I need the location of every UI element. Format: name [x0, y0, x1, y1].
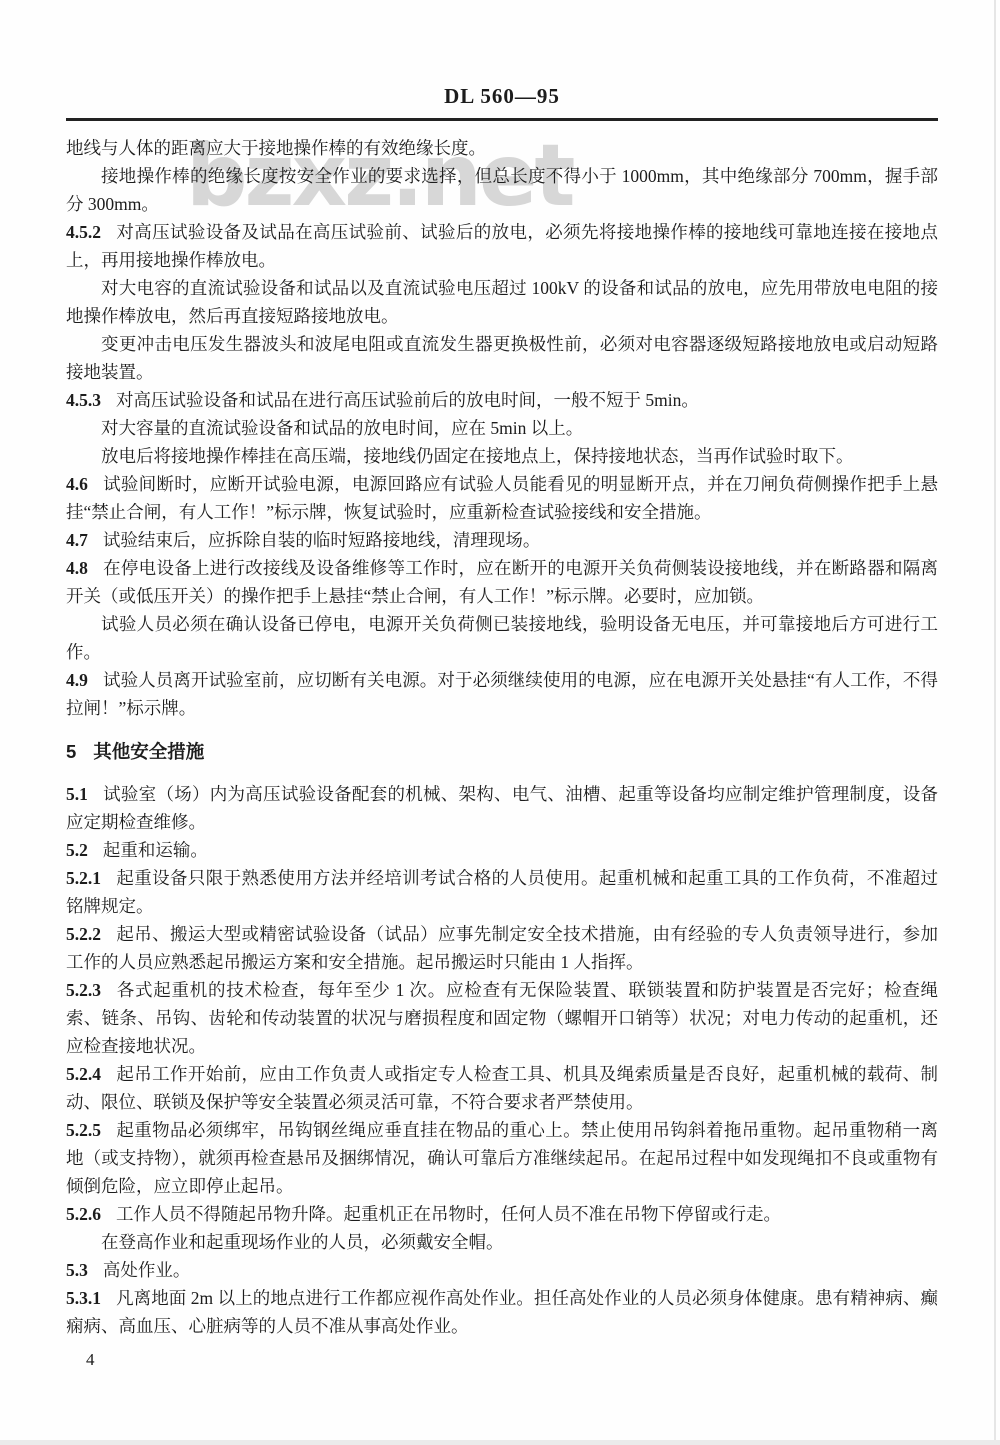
body-paragraph: 在登高作业和起重现场作业的人员，必须戴安全帽。 [66, 1228, 938, 1256]
clause-number: 5.2.1 [66, 868, 101, 888]
body-paragraph: 地线与人体的距离应大于接地操作棒的有效绝缘长度。 [66, 134, 938, 162]
page-content: DL 560—95 地线与人体的距离应大于接地操作棒的有效绝缘长度。接地操作棒的… [0, 0, 1000, 1370]
clause-paragraph: 4.6试验间断时，应断开试验电源，电源回路应有试验人员能看见的明显断开点，并在刀… [66, 470, 938, 526]
paragraph-text: 试验间断时，应断开试验电源，电源回路应有试验人员能看见的明显断开点，并在刀闸负荷… [66, 474, 938, 522]
clause-paragraph: 4.8在停电设备上进行改接线及设备维修等工作时，应在断开的电源开关负荷侧装设接地… [66, 554, 938, 610]
paragraph-text: 变更冲击电压发生器波头和波尾电阻或直流发生器更换极性前，必须对电容器逐级短路接地… [66, 334, 938, 382]
scan-edge-bottom [0, 1440, 1000, 1445]
paragraph-text: 工作人员不得随起吊物升降。起重机正在吊物时，任何人员不准在吊物下停留或行走。 [116, 1204, 781, 1224]
clause-paragraph: 5.1试验室（场）内为高压试验设备配套的机械、架构、电气、油槽、起重等设备均应制… [66, 780, 938, 836]
clause-number: 5.2 [66, 840, 88, 860]
clause-paragraph: 5.3.1凡离地面 2m 以上的地点进行工作都应视作高处作业。担任高处作业的人员… [66, 1284, 938, 1340]
paragraph-text: 试验室（场）内为高压试验设备配套的机械、架构、电气、油槽、起重等设备均应制定维护… [66, 784, 938, 832]
body-paragraph: 试验人员必须在确认设备已停电，电源开关负荷侧已装接地线，验明设备无电压，并可靠接… [66, 610, 938, 666]
clause-number: 5.2.3 [66, 980, 101, 1000]
clause-paragraph: 5.2起重和运输。 [66, 836, 938, 864]
clause-paragraph: 4.5.3对高压试验设备和试品在进行高压试验前后的放电时间，一般不短于 5min… [66, 386, 938, 414]
clause-number: 5.2.6 [66, 1204, 101, 1224]
clause-paragraph: 5.2.3各式起重机的技术检查，每年至少 1 次。应检查有无保险装置、联锁装置和… [66, 976, 938, 1060]
clause-paragraph: 4.7试验结束后，应拆除自装的临时短路接地线，清理现场。 [66, 526, 938, 554]
clause-paragraph: 5.3高处作业。 [66, 1256, 938, 1284]
clause-number: 4.7 [66, 530, 88, 550]
paragraph-text: 起重设备只限于熟悉使用方法并经培训考试合格的人员使用。起重机械和起重工具的工作负… [66, 868, 938, 916]
clause-number: 5 [66, 741, 76, 762]
paragraph-text: 在登高作业和起重现场作业的人员，必须戴安全帽。 [101, 1232, 504, 1252]
clause-number: 5.2.5 [66, 1120, 101, 1140]
paragraph-text: 对大容量的直流试验设备和试品的放电时间，应在 5min 以上。 [101, 418, 583, 438]
body-paragraph: 放电后将接地操作棒挂在高压端，接地线仍固定在接地点上，保持接地状态，当再作试验时… [66, 442, 938, 470]
clause-paragraph: 4.9试验人员离开试验室前，应切断有关电源。对于必须继续使用的电源，应在电源开关… [66, 666, 938, 722]
clause-number: 5.3 [66, 1260, 88, 1280]
clause-number: 5.3.1 [66, 1288, 101, 1308]
document-body: 地线与人体的距离应大于接地操作棒的有效绝缘长度。接地操作棒的绝缘长度按安全作业的… [66, 134, 938, 1340]
clause-paragraph: 4.5.2对高压试验设备及试品在高压试验前、试验后的放电，必须先将接地操作棒的接… [66, 218, 938, 274]
paragraph-text: 高处作业。 [103, 1260, 191, 1280]
scan-edge-right [994, 0, 996, 1445]
clause-paragraph: 5.2.6工作人员不得随起吊物升降。起重机正在吊物时，任何人员不准在吊物下停留或… [66, 1200, 938, 1228]
clause-number: 4.8 [66, 558, 88, 578]
paragraph-text: 试验人员离开试验室前，应切断有关电源。对于必须继续使用的电源，应在电源开关处悬挂… [66, 670, 938, 718]
body-paragraph: 变更冲击电压发生器波头和波尾电阻或直流发生器更换极性前，必须对电容器逐级短路接地… [66, 330, 938, 386]
clause-paragraph: 5.2.5起重物品必须绑牢，吊钩钢丝绳应垂直挂在物品的重心上。禁止使用吊钩斜着拖… [66, 1116, 938, 1200]
clause-paragraph: 5.2.1起重设备只限于熟悉使用方法并经培训考试合格的人员使用。起重机械和起重工… [66, 864, 938, 920]
page-number: 4 [66, 1350, 938, 1370]
clause-paragraph: 5.2.2起吊、搬运大型或精密试验设备（试品）应事先制定安全技术措施，由有经验的… [66, 920, 938, 976]
paragraph-text: 试验人员必须在确认设备已停电，电源开关负荷侧已装接地线，验明设备无电压，并可靠接… [66, 614, 938, 662]
clause-number: 4.9 [66, 670, 88, 690]
clause-number: 4.5.2 [66, 222, 101, 242]
body-paragraph: 对大电容的直流试验设备和试品以及直流试验电压超过 100kV 的设备和试品的放电… [66, 274, 938, 330]
paragraph-text: 起吊工作开始前，应由工作负责人或指定专人检查工具、机具及绳索质量是否良好，起重机… [66, 1064, 938, 1112]
header-rule [66, 118, 938, 121]
paragraph-text: 其他安全措施 [93, 741, 204, 762]
clause-number: 4.5.3 [66, 390, 101, 410]
paragraph-text: 放电后将接地操作棒挂在高压端，接地线仍固定在接地点上，保持接地状态，当再作试验时… [101, 446, 854, 466]
paragraph-text: 各式起重机的技术检查，每年至少 1 次。应检查有无保险装置、联锁装置和防护装置是… [66, 980, 938, 1056]
clause-number: 4.6 [66, 474, 88, 494]
section-heading: 5其他安全措施 [66, 738, 938, 766]
paragraph-text: 起吊、搬运大型或精密试验设备（试品）应事先制定安全技术措施，由有经验的专人负责领… [66, 924, 938, 972]
paragraph-text: 凡离地面 2m 以上的地点进行工作都应视作高处作业。担任高处作业的人员必须身体健… [66, 1288, 938, 1336]
paragraph-text: 在停电设备上进行改接线及设备维修等工作时，应在断开的电源开关负荷侧装设接地线，并… [66, 558, 938, 606]
paragraph-text: 起重和运输。 [103, 840, 208, 860]
paragraph-text: 试验结束后，应拆除自装的临时短路接地线，清理现场。 [103, 530, 541, 550]
clause-number: 5.1 [66, 784, 88, 804]
standard-number-header: DL 560—95 [66, 84, 938, 109]
paragraph-text: 接地操作棒的绝缘长度按安全作业的要求选择，但总长度不得小于 1000mm，其中绝… [66, 166, 938, 214]
paragraph-text: 对高压试验设备和试品在进行高压试验前后的放电时间，一般不短于 5min。 [116, 390, 699, 410]
document-page: bzxz.net DL 560—95 地线与人体的距离应大于接地操作棒的有效绝缘… [0, 0, 1000, 1445]
body-paragraph: 对大容量的直流试验设备和试品的放电时间，应在 5min 以上。 [66, 414, 938, 442]
clause-number: 5.2.2 [66, 924, 101, 944]
clause-number: 5.2.4 [66, 1064, 101, 1084]
body-paragraph: 接地操作棒的绝缘长度按安全作业的要求选择，但总长度不得小于 1000mm，其中绝… [66, 162, 938, 218]
paragraph-text: 对大电容的直流试验设备和试品以及直流试验电压超过 100kV 的设备和试品的放电… [66, 278, 938, 326]
clause-paragraph: 5.2.4起吊工作开始前，应由工作负责人或指定专人检查工具、机具及绳索质量是否良… [66, 1060, 938, 1116]
paragraph-text: 对高压试验设备及试品在高压试验前、试验后的放电，必须先将接地操作棒的接地线可靠地… [66, 222, 938, 270]
paragraph-text: 地线与人体的距离应大于接地操作棒的有效绝缘长度。 [66, 138, 486, 158]
paragraph-text: 起重物品必须绑牢，吊钩钢丝绳应垂直挂在物品的重心上。禁止使用吊钩斜着拖吊重物。起… [66, 1120, 938, 1196]
